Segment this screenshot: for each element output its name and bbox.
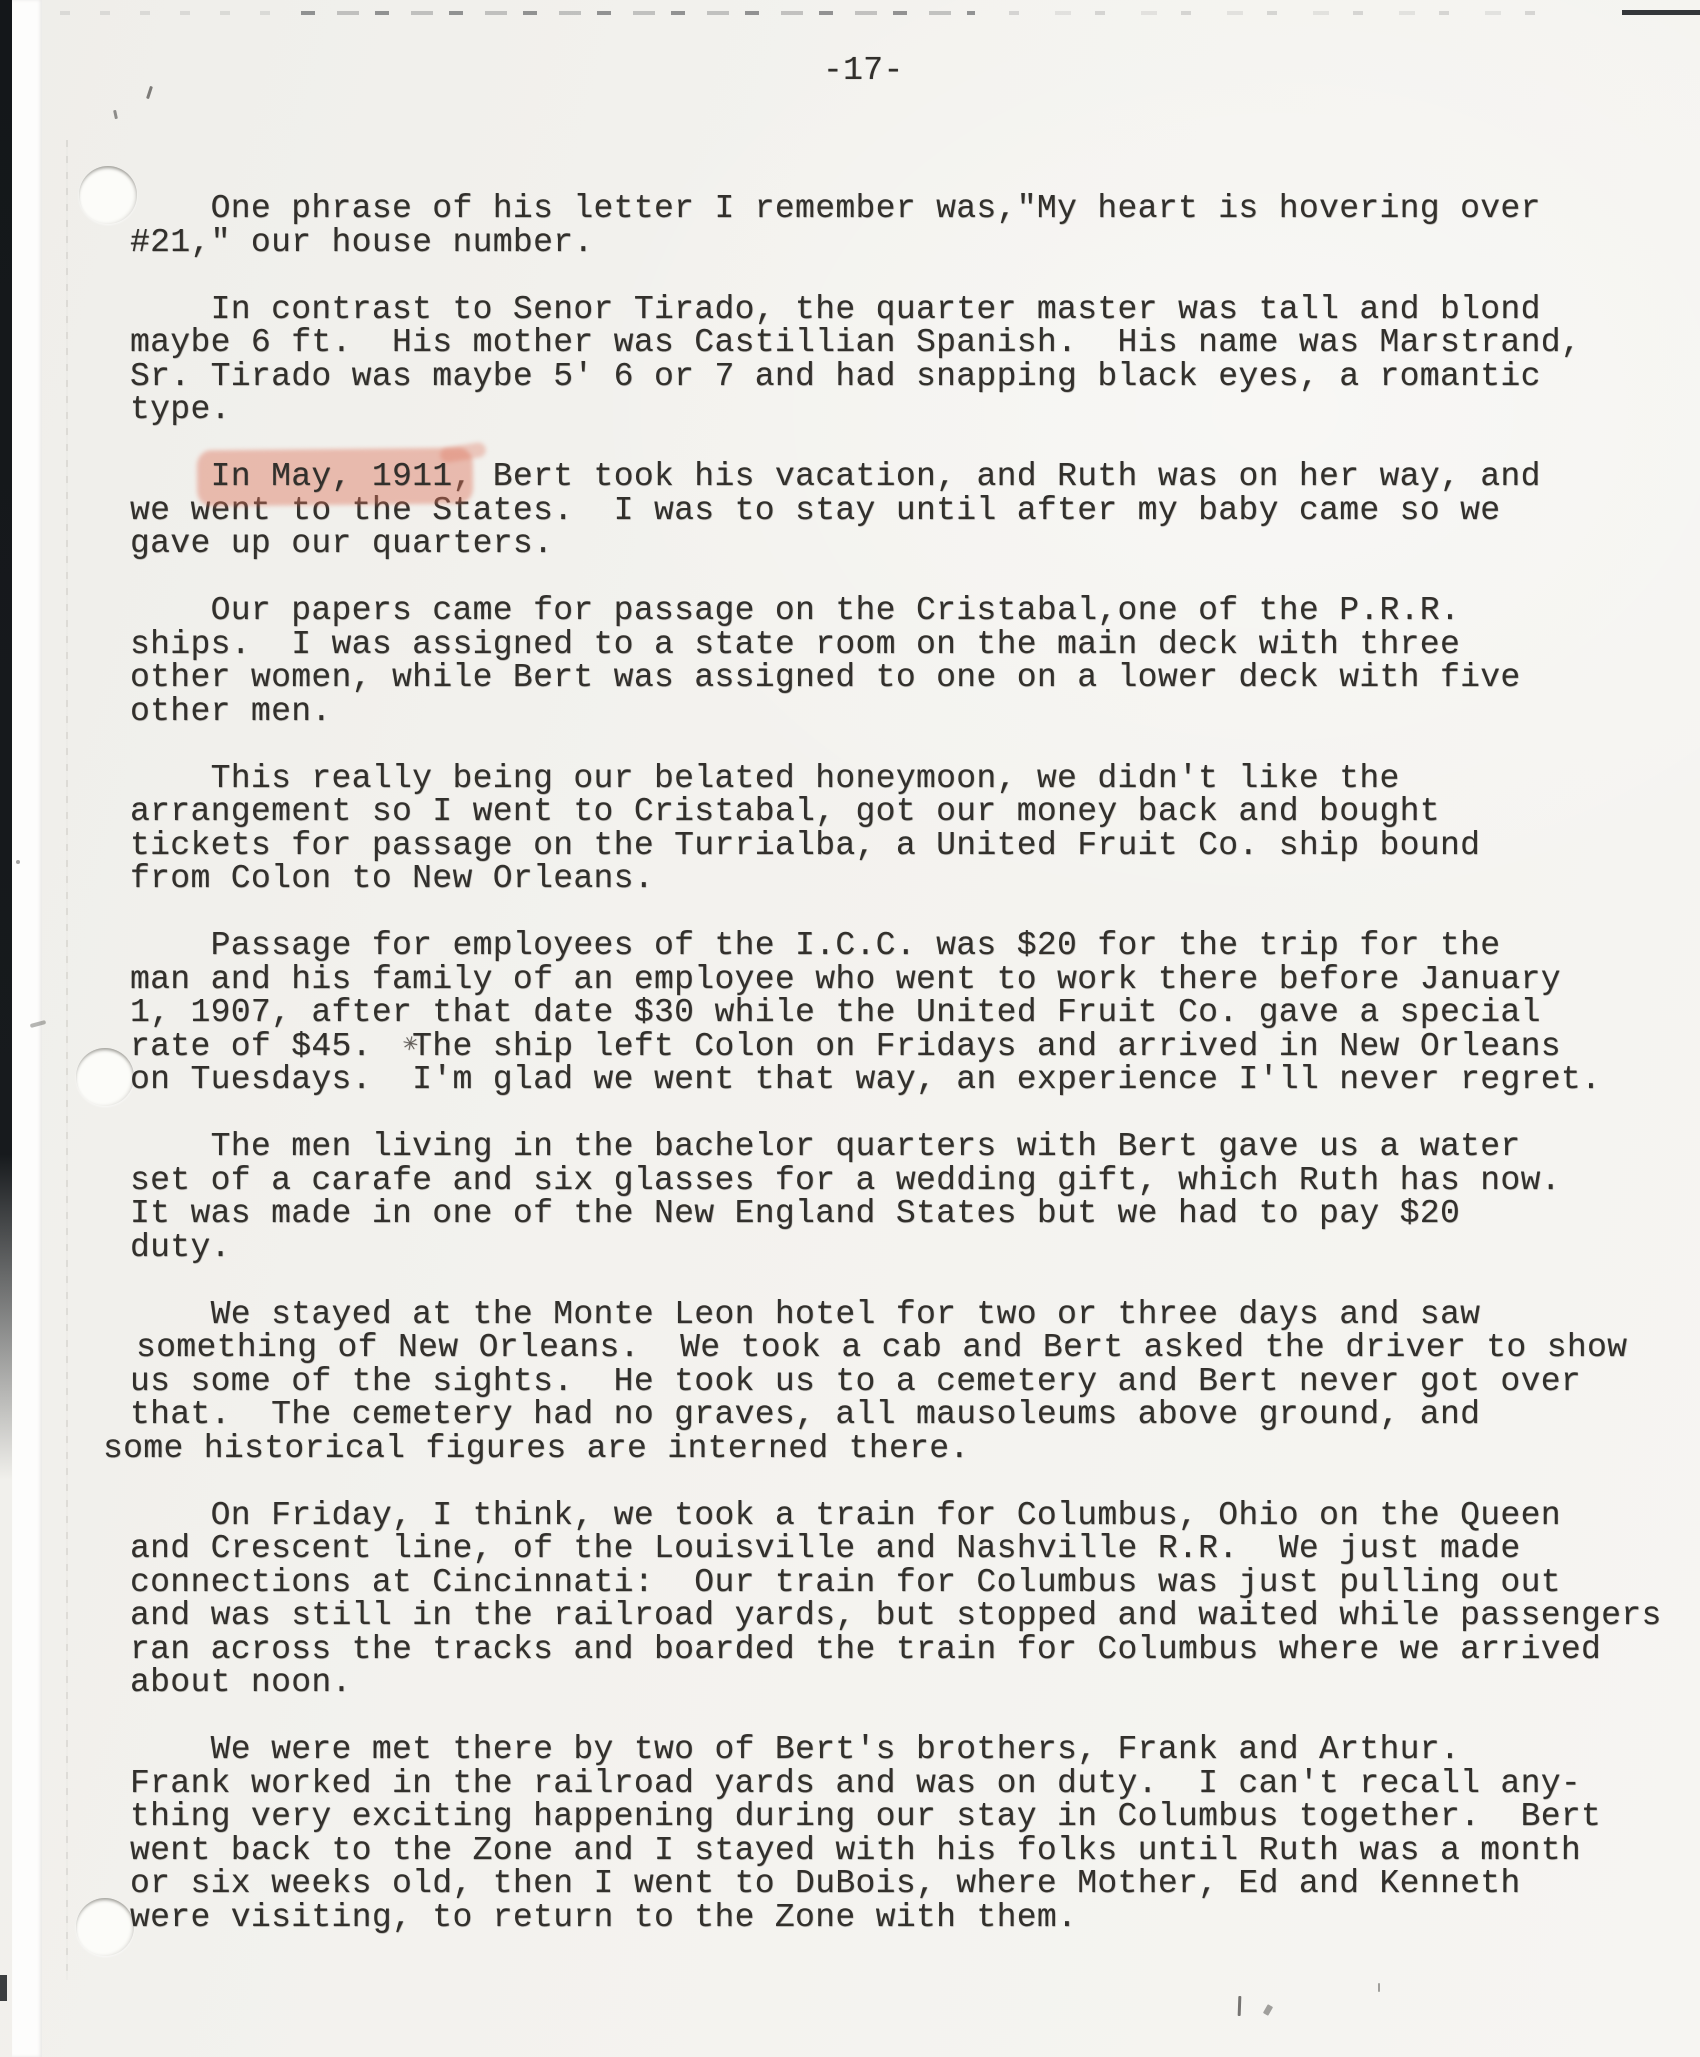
text-line: maybe 6 ft. His mother was Castillian Sp…: [130, 326, 1695, 360]
text-line: One phrase of his letter I remember was,…: [130, 192, 1695, 226]
text-line: On Friday, I think, we took a train for …: [130, 1499, 1695, 1533]
text-line: connections at Cincinnati: Our train for…: [130, 1566, 1695, 1600]
paragraph: The men living in the bachelor quarters …: [130, 1130, 1695, 1264]
text-line: duty.: [130, 1231, 1695, 1265]
text-line: ran across the tracks and boarded the tr…: [130, 1633, 1695, 1667]
text-line: thing very exciting happening during our…: [130, 1800, 1695, 1834]
text-line: something of New Orleans. We took a cab …: [136, 1331, 1695, 1365]
paragraph: Our papers came for passage on the Crist…: [130, 594, 1695, 728]
text-line: arrangement so I went to Cristabal, got …: [130, 795, 1695, 829]
text-line: about noon.: [130, 1666, 1695, 1700]
text-line: some historical figures are interned the…: [103, 1432, 1695, 1466]
paragraph: On Friday, I think, we took a train for …: [130, 1499, 1695, 1700]
page-number: -17-: [823, 52, 904, 89]
text-line: tickets for passage on the Turrialba, a …: [130, 829, 1695, 863]
text-line: and Crescent line, of the Louisville and…: [130, 1532, 1695, 1566]
punch-hole: [76, 1048, 134, 1106]
text-line: Frank worked in the railroad yards and w…: [130, 1767, 1695, 1801]
text-line: on Tuesdays. I'm glad we went that way, …: [130, 1063, 1695, 1097]
paragraph: We stayed at the Monte Leon hotel for tw…: [130, 1298, 1695, 1466]
scanner-edge-shadow: [0, 0, 12, 1480]
ink-speck: [1238, 1996, 1242, 2016]
punch-hole: [76, 1898, 134, 1956]
text-line: or six weeks old, then I went to DuBois,…: [130, 1867, 1695, 1901]
text-line: 1, 1907, after that date $30 while the U…: [130, 996, 1695, 1030]
text-line: us some of the sights. He took us to a c…: [130, 1365, 1695, 1399]
text-line: gave up our quarters.: [130, 527, 1695, 561]
paragraph: Passage for employees of the I.C.C. was …: [130, 929, 1695, 1097]
page-left-edge: [12, 0, 42, 2057]
text-line: Passage for employees of the I.C.C. was …: [130, 929, 1695, 963]
document-body: One phrase of his letter I remember was,…: [130, 192, 1695, 1968]
punch-hole: [79, 166, 137, 224]
paper-crease: [66, 140, 68, 1980]
paragraph: In May, 1911, Bert took his vacation, an…: [130, 460, 1695, 561]
paragraph: One phrase of his letter I remember was,…: [130, 192, 1695, 259]
text-line: The men living in the bachelor quarters …: [130, 1130, 1695, 1164]
ink-speck: [16, 860, 20, 864]
text-line: ships. I was assigned to a state room on…: [130, 628, 1695, 662]
paragraph: We were met there by two of Bert's broth…: [130, 1733, 1695, 1934]
text-line: that. The cemetery had no graves, all ma…: [130, 1398, 1695, 1432]
scan-artifact-line: [60, 11, 270, 15]
highlight-mark: In May, 1911: [211, 458, 453, 495]
text-line: We were met there by two of Bert's broth…: [130, 1733, 1695, 1767]
ink-speck: [1263, 2004, 1273, 2016]
ink-speck: [113, 110, 118, 119]
text-line: Sr. Tirado was maybe 5' 6 or 7 and had s…: [130, 360, 1695, 394]
ink-speck: [146, 86, 153, 99]
scan-artifact-line: [985, 11, 1545, 15]
scan-page: -17- One phrase of his letter I remember…: [0, 0, 1700, 2057]
text-line: In contrast to Senor Tirado, the quarter…: [130, 293, 1695, 327]
ink-speck: [1378, 1983, 1380, 1992]
text-line: type.: [130, 393, 1695, 427]
text-line: Our papers came for passage on the Crist…: [130, 594, 1695, 628]
paragraph: This really being our belated honeymoon,…: [130, 762, 1695, 896]
scanner-edge-mark: [0, 1975, 7, 2001]
text-line: man and his family of an employee who we…: [130, 963, 1695, 997]
text-line: from Colon to New Orleans.: [130, 862, 1695, 896]
text-line: We stayed at the Monte Leon hotel for tw…: [130, 1298, 1695, 1332]
text-line: It was made in one of the New England St…: [130, 1197, 1695, 1231]
text-line: other men.: [130, 695, 1695, 729]
text-line: and was still in the railroad yards, but…: [130, 1599, 1695, 1633]
text-line: were visiting, to return to the Zone wit…: [130, 1901, 1695, 1935]
text-line: #21," our house number.: [130, 226, 1695, 260]
text-line: other women, while Bert was assigned to …: [130, 661, 1695, 695]
text-line: rate of $45. ✳The ship left Colon on Fri…: [130, 1030, 1695, 1064]
scan-artifact-line: [1622, 10, 1700, 15]
text-line: In May, 1911, Bert took his vacation, an…: [130, 460, 1695, 494]
paragraph: In contrast to Senor Tirado, the quarter…: [130, 293, 1695, 427]
text-line: This really being our belated honeymoon,…: [130, 762, 1695, 796]
text-line: set of a carafe and six glasses for a we…: [130, 1164, 1695, 1198]
text-line: went back to the Zone and I stayed with …: [130, 1834, 1695, 1868]
scan-artifact-line: [285, 11, 975, 15]
